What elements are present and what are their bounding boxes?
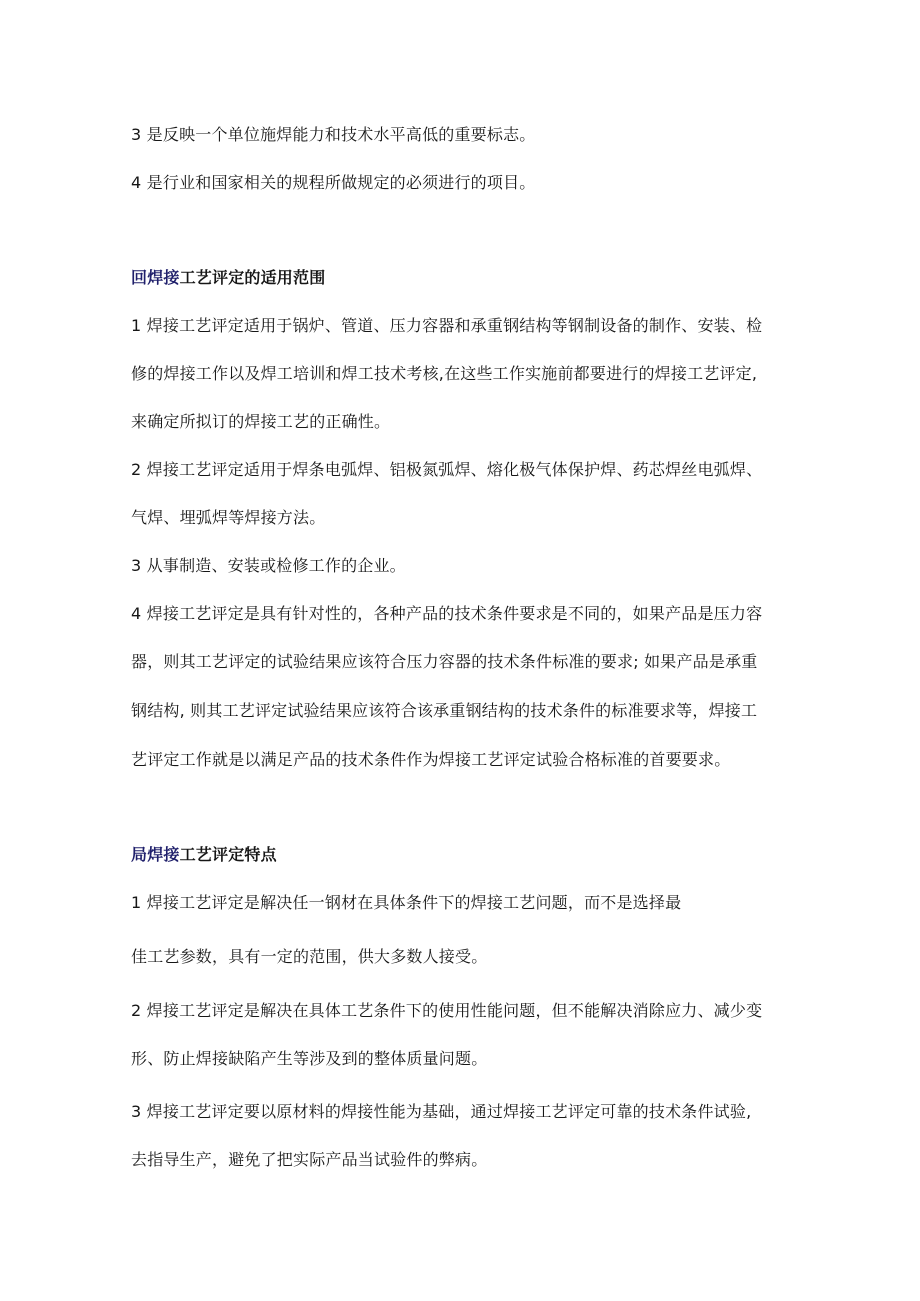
heading-text: 工艺评定的适用范围 xyxy=(180,268,326,287)
paragraph-line: 修的焊接工作以及焊工培训和焊工技术考核,在这些工作实施前都要进行的焊接工艺评定, xyxy=(131,363,757,385)
paragraph-line: 来确定所拟订的焊接工艺的正确性。 xyxy=(131,411,390,433)
paragraph-line: 1 焊接工艺评定是解决任一钢材在具体条件下的焊接工艺问题，而不是选择最 xyxy=(131,892,681,914)
heading-accent-text: 回焊接 xyxy=(131,268,180,287)
document-page: 3 是反映一个单位施焊能力和技术水平高低的重要标志。 4 是行业和国家相关的规程… xyxy=(0,0,920,1301)
paragraph-line: 2 焊接工艺评定适用于焊条电弧焊、铝极氮弧焊、熔化极气体保护焊、药芯焊丝电弧焊、 xyxy=(131,459,762,481)
paragraph-line: 2 焊接工艺评定是解决在具体工艺条件下的使用性能问题，但不能解决消除应力、减少变 xyxy=(131,1000,762,1022)
paragraph-line: 艺评定工作就是以满足产品的技术条件作为焊接工艺评定试验合格标准的首要要求。 xyxy=(131,749,730,771)
intro-item: 4 是行业和国家相关的规程所做规定的必须进行的项目。 xyxy=(131,172,535,194)
paragraph-line: 钢结构, 则其工艺评定试验结果应该符合该承重钢结构的技术条件的标准要求等，焊接工 xyxy=(131,700,757,722)
section-heading-scope: 回焊接工艺评定的适用范围 xyxy=(131,267,325,289)
paragraph-line: 3 焊接工艺评定要以原材料的焊接性能为基础，通过焊接工艺评定可靠的技术条件试验, xyxy=(131,1101,751,1123)
intro-item: 3 是反映一个单位施焊能力和技术水平高低的重要标志。 xyxy=(131,124,535,146)
heading-text: 工艺评定特点 xyxy=(180,845,277,864)
paragraph-line: 形、防止焊接缺陷产生等涉及到的整体质量问题。 xyxy=(131,1048,487,1070)
paragraph-line: 4 焊接工艺评定是具有针对性的，各种产品的技术条件要求是不同的，如果产品是压力容 xyxy=(131,603,762,625)
paragraph-line: 去指导生产，避免了把实际产品当试验件的弊病。 xyxy=(131,1149,487,1171)
paragraph-line: 气焊、埋弧焊等焊接方法。 xyxy=(131,507,325,529)
heading-accent-text: 局焊接 xyxy=(131,845,180,864)
paragraph-line: 器，则其工艺评定的试验结果应该符合压力容器的技术条件标准的要求; 如果产品是承重 xyxy=(131,651,757,673)
paragraph-line: 佳工艺参数，具有一定的范围，供大多数人接受。 xyxy=(131,946,487,968)
paragraph-line: 3 从事制造、安装或检修工作的企业。 xyxy=(131,555,406,577)
section-heading-features: 局焊接工艺评定特点 xyxy=(131,844,277,866)
paragraph-line: 1 焊接工艺评定适用于锅炉、管道、压力容器和承重钢结构等钢制设备的制作、安装、检 xyxy=(131,315,762,337)
